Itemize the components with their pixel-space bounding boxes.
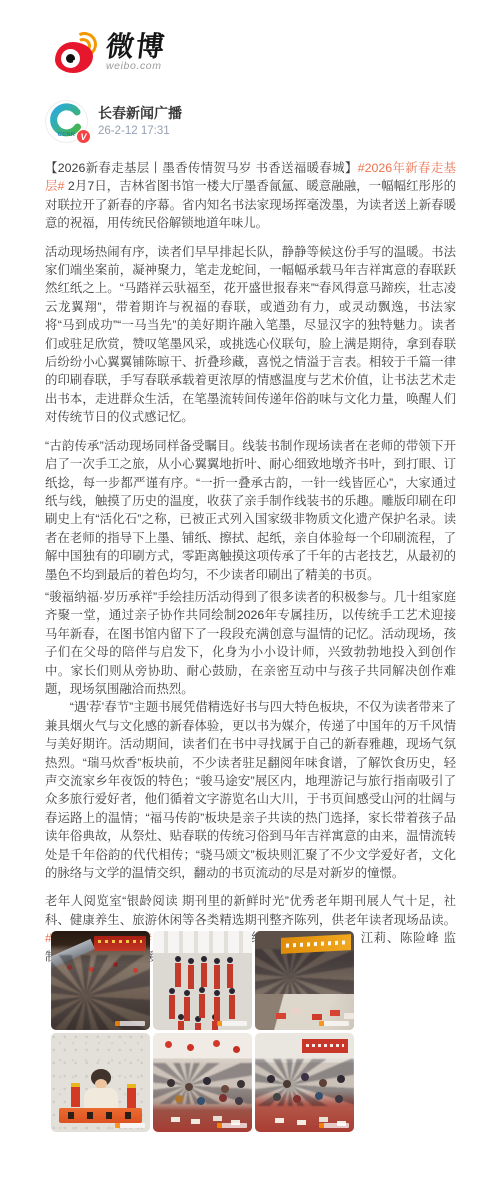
paragraph-1: 【2026新春走基层丨墨香传情贺马岁 书香送福暖春城】#2026年新春走基层# … — [45, 159, 456, 233]
red-papers — [330, 1010, 340, 1016]
led-screen — [94, 936, 146, 951]
weibo-post-page: 微博 weibo.com CCNR V 长春新闻广播 26-2-12 17:31… — [0, 0, 493, 1182]
paragraph-1-text: 2月7日，吉林省图书馆一楼大厅墨香氤氲、暖意融融，一幅幅红彤彤的对联拉开了新春的… — [45, 179, 456, 230]
photo-watermark — [319, 1123, 349, 1128]
avatar[interactable]: CCNR V — [45, 100, 88, 143]
calligraphy-banner — [59, 1108, 142, 1123]
paragraph-3: “古韵传承”活动现场同样备受瞩目。线装书制作现场读者在老师的带领下开启了一次手工… — [45, 437, 456, 584]
window-wall — [153, 931, 252, 953]
photo-watermark — [115, 1021, 145, 1026]
verified-badge-icon: V — [76, 129, 91, 144]
photo-watermark — [217, 1021, 247, 1026]
paragraph-6-text: 老年人阅览室“银龄阅读 期刊里的新鲜时光”优秀老年期刊展人气十足，社科、健康养生… — [45, 894, 456, 926]
post-image-5[interactable] — [153, 1033, 252, 1132]
paragraph-5: “遇‘荐’春节”主题书展凭借精选好书与四大特色板块，不仅为读者带来了兼具烟火气与… — [45, 698, 456, 882]
post-title: 【2026新春走基层丨墨香传情贺马岁 书香送福暖春城】 — [45, 161, 358, 175]
people-heads — [167, 1079, 175, 1087]
post-image-1[interactable] — [51, 931, 150, 1030]
weibo-eye-icon — [55, 36, 99, 76]
post-image-6[interactable] — [255, 1033, 354, 1132]
red-banner — [302, 1039, 348, 1053]
post-timestamp: 26-2-12 17:31 — [98, 125, 182, 137]
crowd-texture — [51, 955, 150, 1030]
post-content: 【2026新春走基层丨墨香传情贺马岁 书香送福暖春城】#2026年新春走基层# … — [45, 159, 456, 966]
post-image-4[interactable] — [51, 1033, 150, 1132]
post-images-grid — [51, 931, 359, 1132]
craft-papers — [171, 1117, 180, 1122]
author-meta: 长春新闻广播 26-2-12 17:31 — [98, 100, 182, 143]
post-header: CCNR V 长春新闻广播 26-2-12 17:31 — [45, 100, 182, 143]
white-papers — [275, 1118, 284, 1123]
eye-white — [61, 49, 80, 68]
photo-watermark — [319, 1021, 349, 1026]
red-couplets — [71, 1083, 80, 1107]
paragraph-2: 活动现场热闹有序，读者们早早排起长队，静静等候这份手写的温暖。书法家们端坐案前，… — [45, 243, 456, 427]
photo-watermark — [115, 1123, 145, 1128]
author-name[interactable]: 长春新闻广播 — [98, 105, 182, 121]
photo-watermark — [217, 1123, 247, 1128]
eye-glint — [73, 60, 76, 63]
paragraph-4: “骏福纳福·岁历承祥”手绘挂历活动得到了很多读者的积极参与。几十组家庭齐聚一堂，… — [45, 588, 456, 698]
red-couplet-strips — [175, 963, 181, 987]
weibo-logo-wordmark: 微博 — [104, 32, 168, 62]
red-lanterns — [165, 1041, 172, 1048]
crowd-texture — [255, 949, 354, 1001]
weibo-logo-text-block: 微博 weibo.com — [106, 32, 166, 72]
people-heads — [267, 1075, 275, 1083]
weibo-logo: 微博 weibo.com — [55, 32, 166, 76]
post-image-2[interactable] — [153, 931, 252, 1030]
post-image-3[interactable] — [255, 931, 354, 1030]
people-heads — [175, 956, 181, 962]
eye-pupil — [66, 54, 75, 63]
